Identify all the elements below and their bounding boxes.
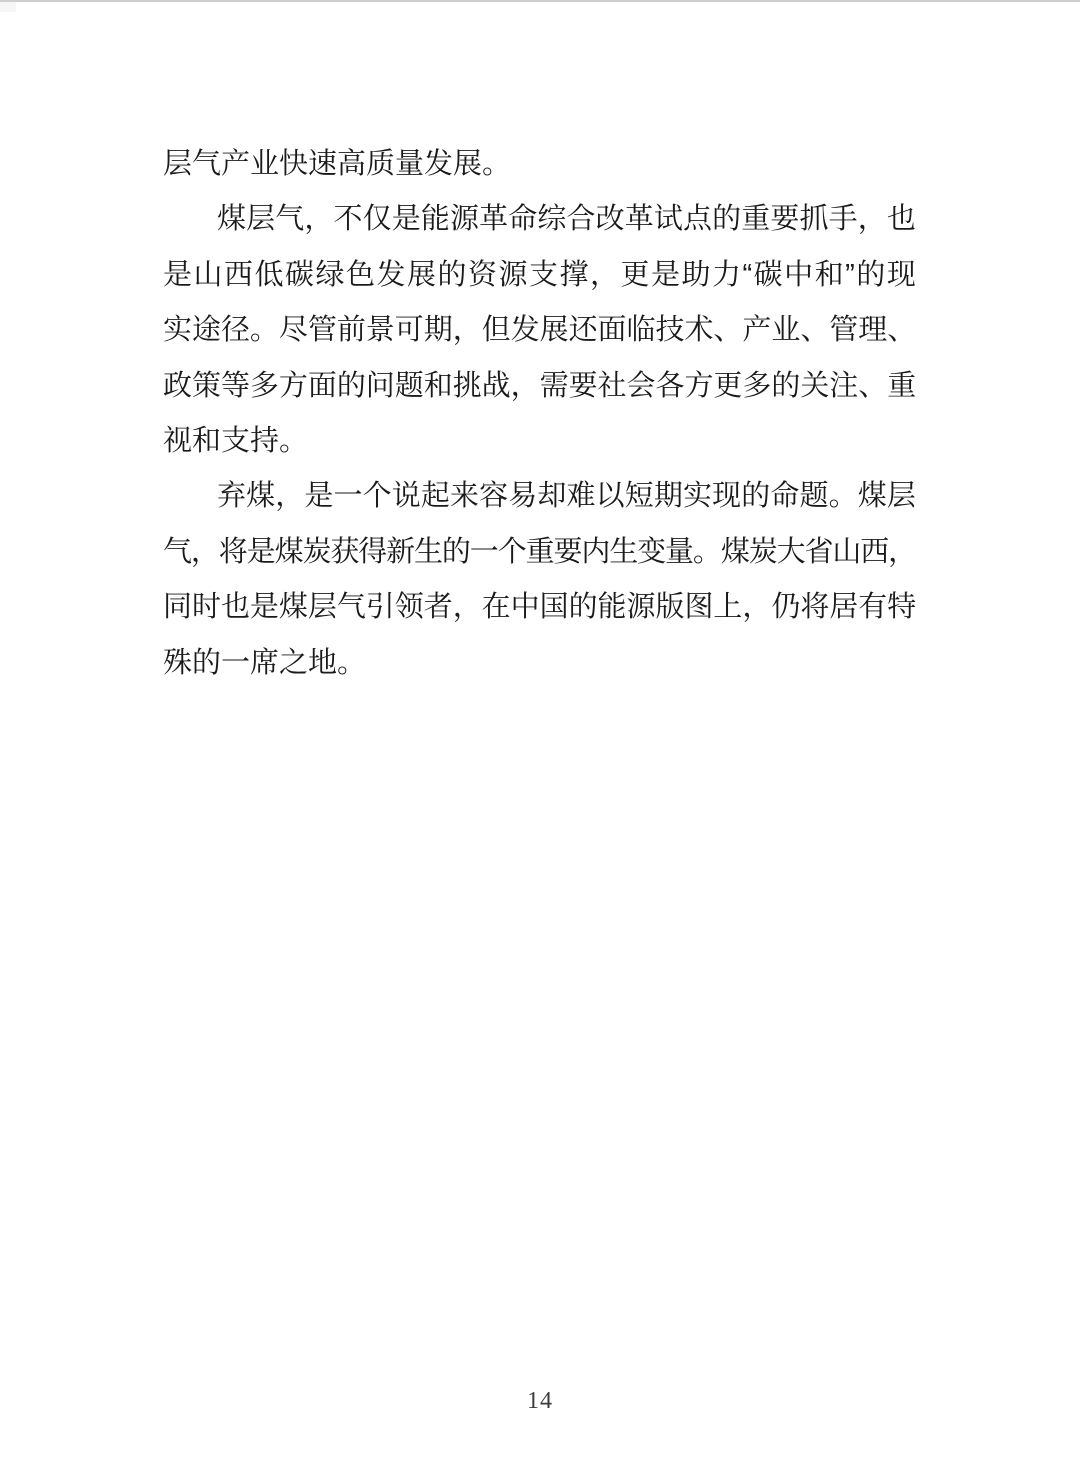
document-body: 层气产业快速高质量发展。煤层气，不仅是能源革命综合改革试点的重要抓手，也是山西低…	[163, 137, 916, 691]
text-line: 视和支持。	[163, 414, 916, 469]
paragraph: 层气产业快速高质量发展。	[163, 137, 916, 192]
text-line: 是山西低碳绿色发展的资源支撑，更是助力“碳中和”的现	[163, 248, 916, 303]
page-number: 14	[527, 1388, 553, 1414]
paragraph: 煤层气，不仅是能源革命综合改革试点的重要抓手，也是山西低碳绿色发展的资源支撑，更…	[163, 192, 916, 469]
document-page: 层气产业快速高质量发展。煤层气，不仅是能源革命综合改革试点的重要抓手，也是山西低…	[0, 0, 1080, 1478]
text-line: 殊的一席之地。	[163, 636, 916, 691]
text-line: 层气产业快速高质量发展。	[163, 137, 916, 192]
text-line: 弃煤，是一个说起来容易却难以短期实现的命题。煤层	[163, 469, 916, 524]
paragraph: 弃煤，是一个说起来容易却难以短期实现的命题。煤层气，将是煤炭获得新生的一个重要内…	[163, 469, 916, 691]
text-line: 政策等多方面的问题和挑战，需要社会各方更多的关注、重	[163, 359, 916, 414]
text-line: 实途径。尽管前景可期，但发展还面临技术、产业、管理、	[163, 303, 916, 358]
text-line: 气，将是煤炭获得新生的一个重要内生变量。煤炭大省山西，	[163, 525, 916, 580]
page-top-edge-line	[0, 0, 1080, 2]
top-left-smudge	[0, 2, 16, 12]
page-footer: 14	[0, 1389, 1080, 1413]
text-line: 煤层气，不仅是能源革命综合改革试点的重要抓手，也	[163, 192, 916, 247]
text-line: 同时也是煤层气引领者，在中国的能源版图上，仍将居有特	[163, 580, 916, 635]
